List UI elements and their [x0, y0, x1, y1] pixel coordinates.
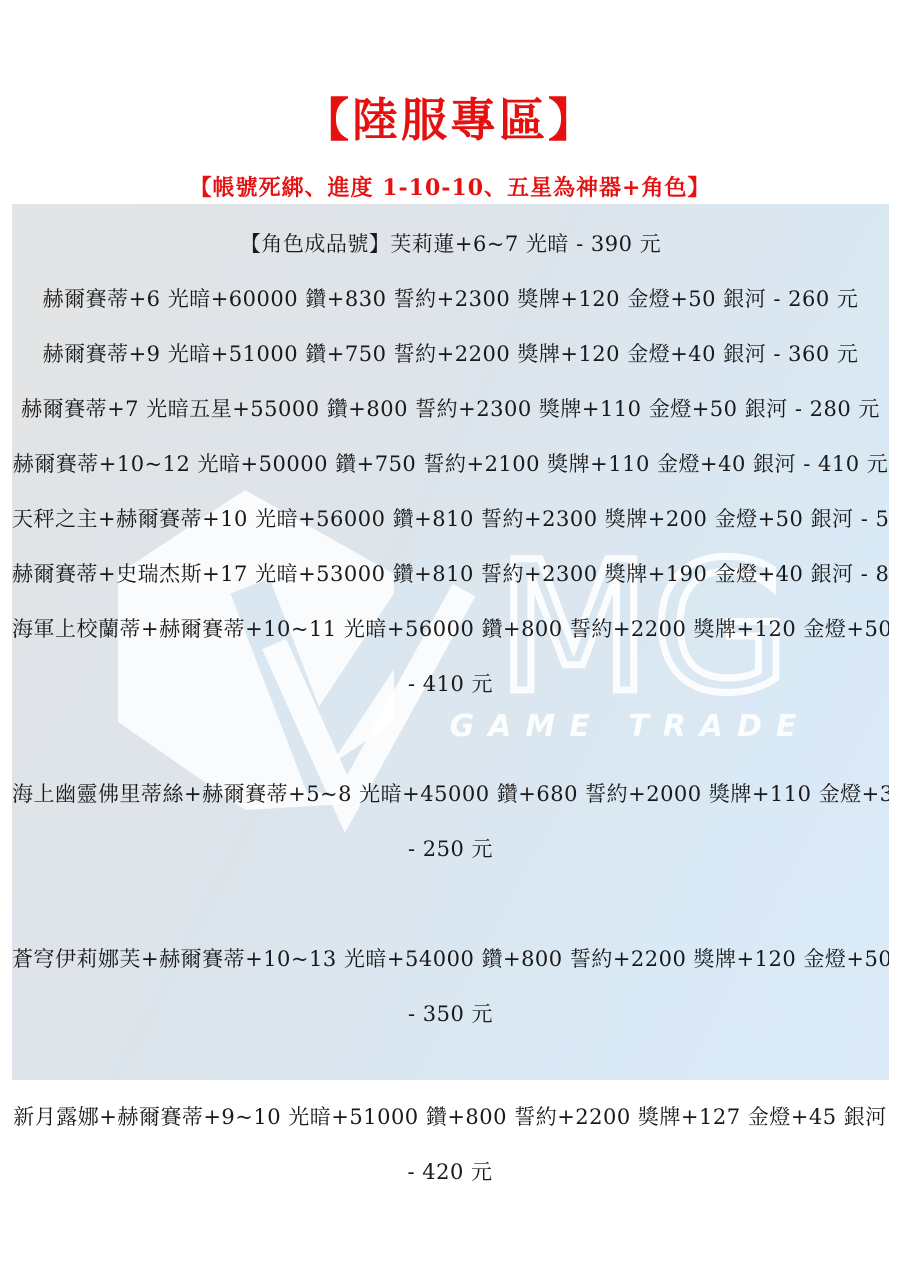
price-list-line: - 250 元: [12, 822, 889, 877]
price-list-line: - 410 元: [12, 657, 889, 712]
listing-panel: MG GAME TRADE 【角色成品號】芙莉蓮+6~7 光暗 - 390 元赫…: [12, 204, 889, 1080]
price-list-item: 蒼穹伊莉娜芙+赫爾賽蒂+10~13 光暗+54000 鑽+800 誓約+2200…: [12, 932, 889, 1042]
page-title: 【陸服專區】: [0, 0, 900, 146]
price-list-line: 天秤之主+赫爾賽蒂+10 光暗+56000 鑽+810 誓約+2300 獎牌+2…: [12, 492, 889, 547]
price-list-item: 海上幽靈佛里蒂絲+赫爾賽蒂+5~8 光暗+45000 鑽+680 誓約+2000…: [12, 767, 889, 877]
price-list-line: 赫爾賽蒂+9 光暗+51000 鑽+750 誓約+2200 獎牌+120 金燈+…: [12, 327, 889, 382]
price-list-line: 赫爾賽蒂+7 光暗五星+55000 鑽+800 誓約+2300 獎牌+110 金…: [12, 382, 889, 437]
page-subtitle: 【帳號死綁、進度 1-10-10、五星為神器+角色】: [0, 175, 900, 201]
price-list-line: 海上幽靈佛里蒂絲+赫爾賽蒂+5~8 光暗+45000 鑽+680 誓約+2000…: [12, 767, 889, 822]
footer-price-list: 新月露娜+赫爾賽蒂+9~10 光暗+51000 鑽+800 誓約+2200 獎牌…: [0, 1090, 900, 1200]
price-list-item: 赫爾賽蒂+9 光暗+51000 鑽+750 誓約+2200 獎牌+120 金燈+…: [12, 327, 889, 382]
price-list-item: 赫爾賽蒂+史瑞杰斯+17 光暗+53000 鑽+810 誓約+2300 獎牌+1…: [12, 547, 889, 602]
price-list-item: 赫爾賽蒂+7 光暗五星+55000 鑽+800 誓約+2300 獎牌+110 金…: [12, 382, 889, 437]
price-list-item: 赫爾賽蒂+6 光暗+60000 鑽+830 誓約+2300 獎牌+120 金燈+…: [12, 272, 889, 327]
price-list-line: 赫爾賽蒂+史瑞杰斯+17 光暗+53000 鑽+810 誓約+2300 獎牌+1…: [12, 547, 889, 602]
price-sheet: 【陸服專區】 【帳號死綁、進度 1-10-10、五星為神器+角色】 MG GAM…: [0, 0, 900, 1273]
price-list-line: 赫爾賽蒂+10~12 光暗+50000 鑽+750 誓約+2100 獎牌+110…: [12, 437, 889, 492]
price-list-item: 新月露娜+赫爾賽蒂+9~10 光暗+51000 鑽+800 誓約+2200 獎牌…: [0, 1090, 900, 1200]
price-list-item: 【角色成品號】芙莉蓮+6~7 光暗 - 390 元: [12, 217, 889, 272]
price-list-line: 新月露娜+赫爾賽蒂+9~10 光暗+51000 鑽+800 誓約+2200 獎牌…: [0, 1090, 900, 1145]
price-list-line: 蒼穹伊莉娜芙+赫爾賽蒂+10~13 光暗+54000 鑽+800 誓約+2200…: [12, 932, 889, 987]
price-list-line: - 350 元: [12, 987, 889, 1042]
price-list-item: 海軍上校蘭蒂+赫爾賽蒂+10~11 光暗+56000 鑽+800 誓約+2200…: [12, 602, 889, 712]
panel-price-list: 【角色成品號】芙莉蓮+6~7 光暗 - 390 元赫爾賽蒂+6 光暗+60000…: [12, 217, 889, 1042]
price-list-item: 赫爾賽蒂+10~12 光暗+50000 鑽+750 誓約+2100 獎牌+110…: [12, 437, 889, 492]
price-list-item: 天秤之主+赫爾賽蒂+10 光暗+56000 鑽+810 誓約+2300 獎牌+2…: [12, 492, 889, 547]
price-list-line: 海軍上校蘭蒂+赫爾賽蒂+10~11 光暗+56000 鑽+800 誓約+2200…: [12, 602, 889, 657]
price-list-line: - 420 元: [0, 1145, 900, 1200]
price-list-line: 【角色成品號】芙莉蓮+6~7 光暗 - 390 元: [12, 217, 889, 272]
price-list-line: 赫爾賽蒂+6 光暗+60000 鑽+830 誓約+2300 獎牌+120 金燈+…: [12, 272, 889, 327]
